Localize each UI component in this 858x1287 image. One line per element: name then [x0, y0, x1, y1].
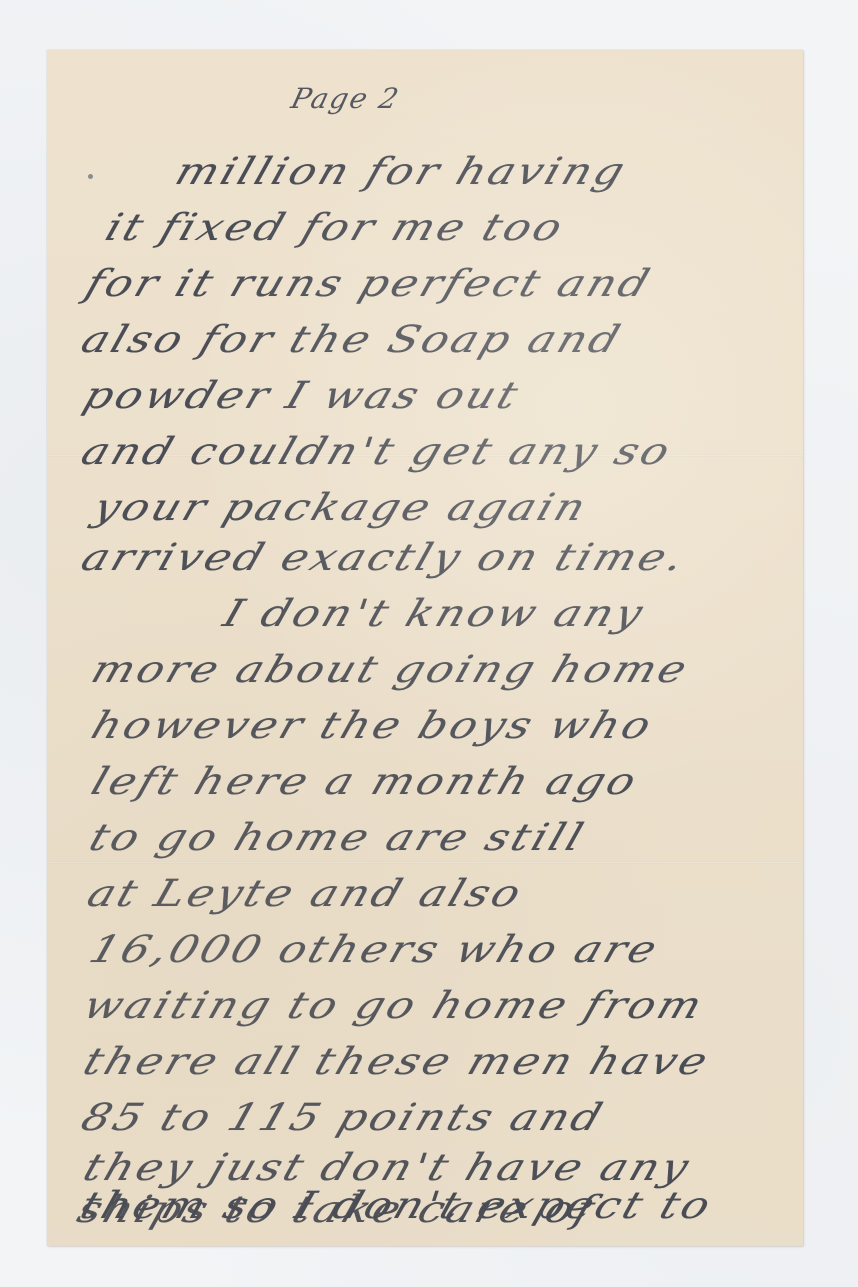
text-line-10: more about going home	[86, 648, 695, 691]
handwritten-body: million for having it fixed for me too f…	[47, 50, 803, 1246]
text-line-2: it fixed for me too	[100, 206, 570, 249]
text-line-9: I don't know any	[218, 592, 651, 635]
text-line-14: at Leyte and also	[82, 872, 529, 915]
text-line-19: they just don't have any	[78, 1146, 697, 1189]
text-line-8: arrived exactly on time.	[76, 536, 692, 579]
text-line-11: however the boys who	[86, 704, 659, 747]
text-line-7: your package again	[88, 486, 594, 529]
text-line-18: 85 to 115 points and	[76, 1096, 610, 1139]
text-line-16: waiting to go home from	[78, 984, 710, 1027]
text-line-12: left here a month ago	[86, 760, 644, 803]
text-line-4: also for the Soap and	[76, 318, 628, 361]
text-line-1: million for having	[170, 150, 633, 193]
text-line-5: powder I was out	[78, 374, 526, 417]
letter-page: Page 2 million for having it fixed for m…	[47, 50, 803, 1246]
text-line-3: for it runs perfect and	[80, 262, 658, 305]
text-line-17: there all these men have	[78, 1040, 716, 1083]
text-line-21: them so I don't expect to	[75, 1184, 719, 1227]
text-line-15: 16,000 others who are	[84, 928, 665, 971]
text-line-6: and couldn't get any so	[76, 430, 678, 473]
text-line-13: to go home are still	[84, 816, 591, 859]
